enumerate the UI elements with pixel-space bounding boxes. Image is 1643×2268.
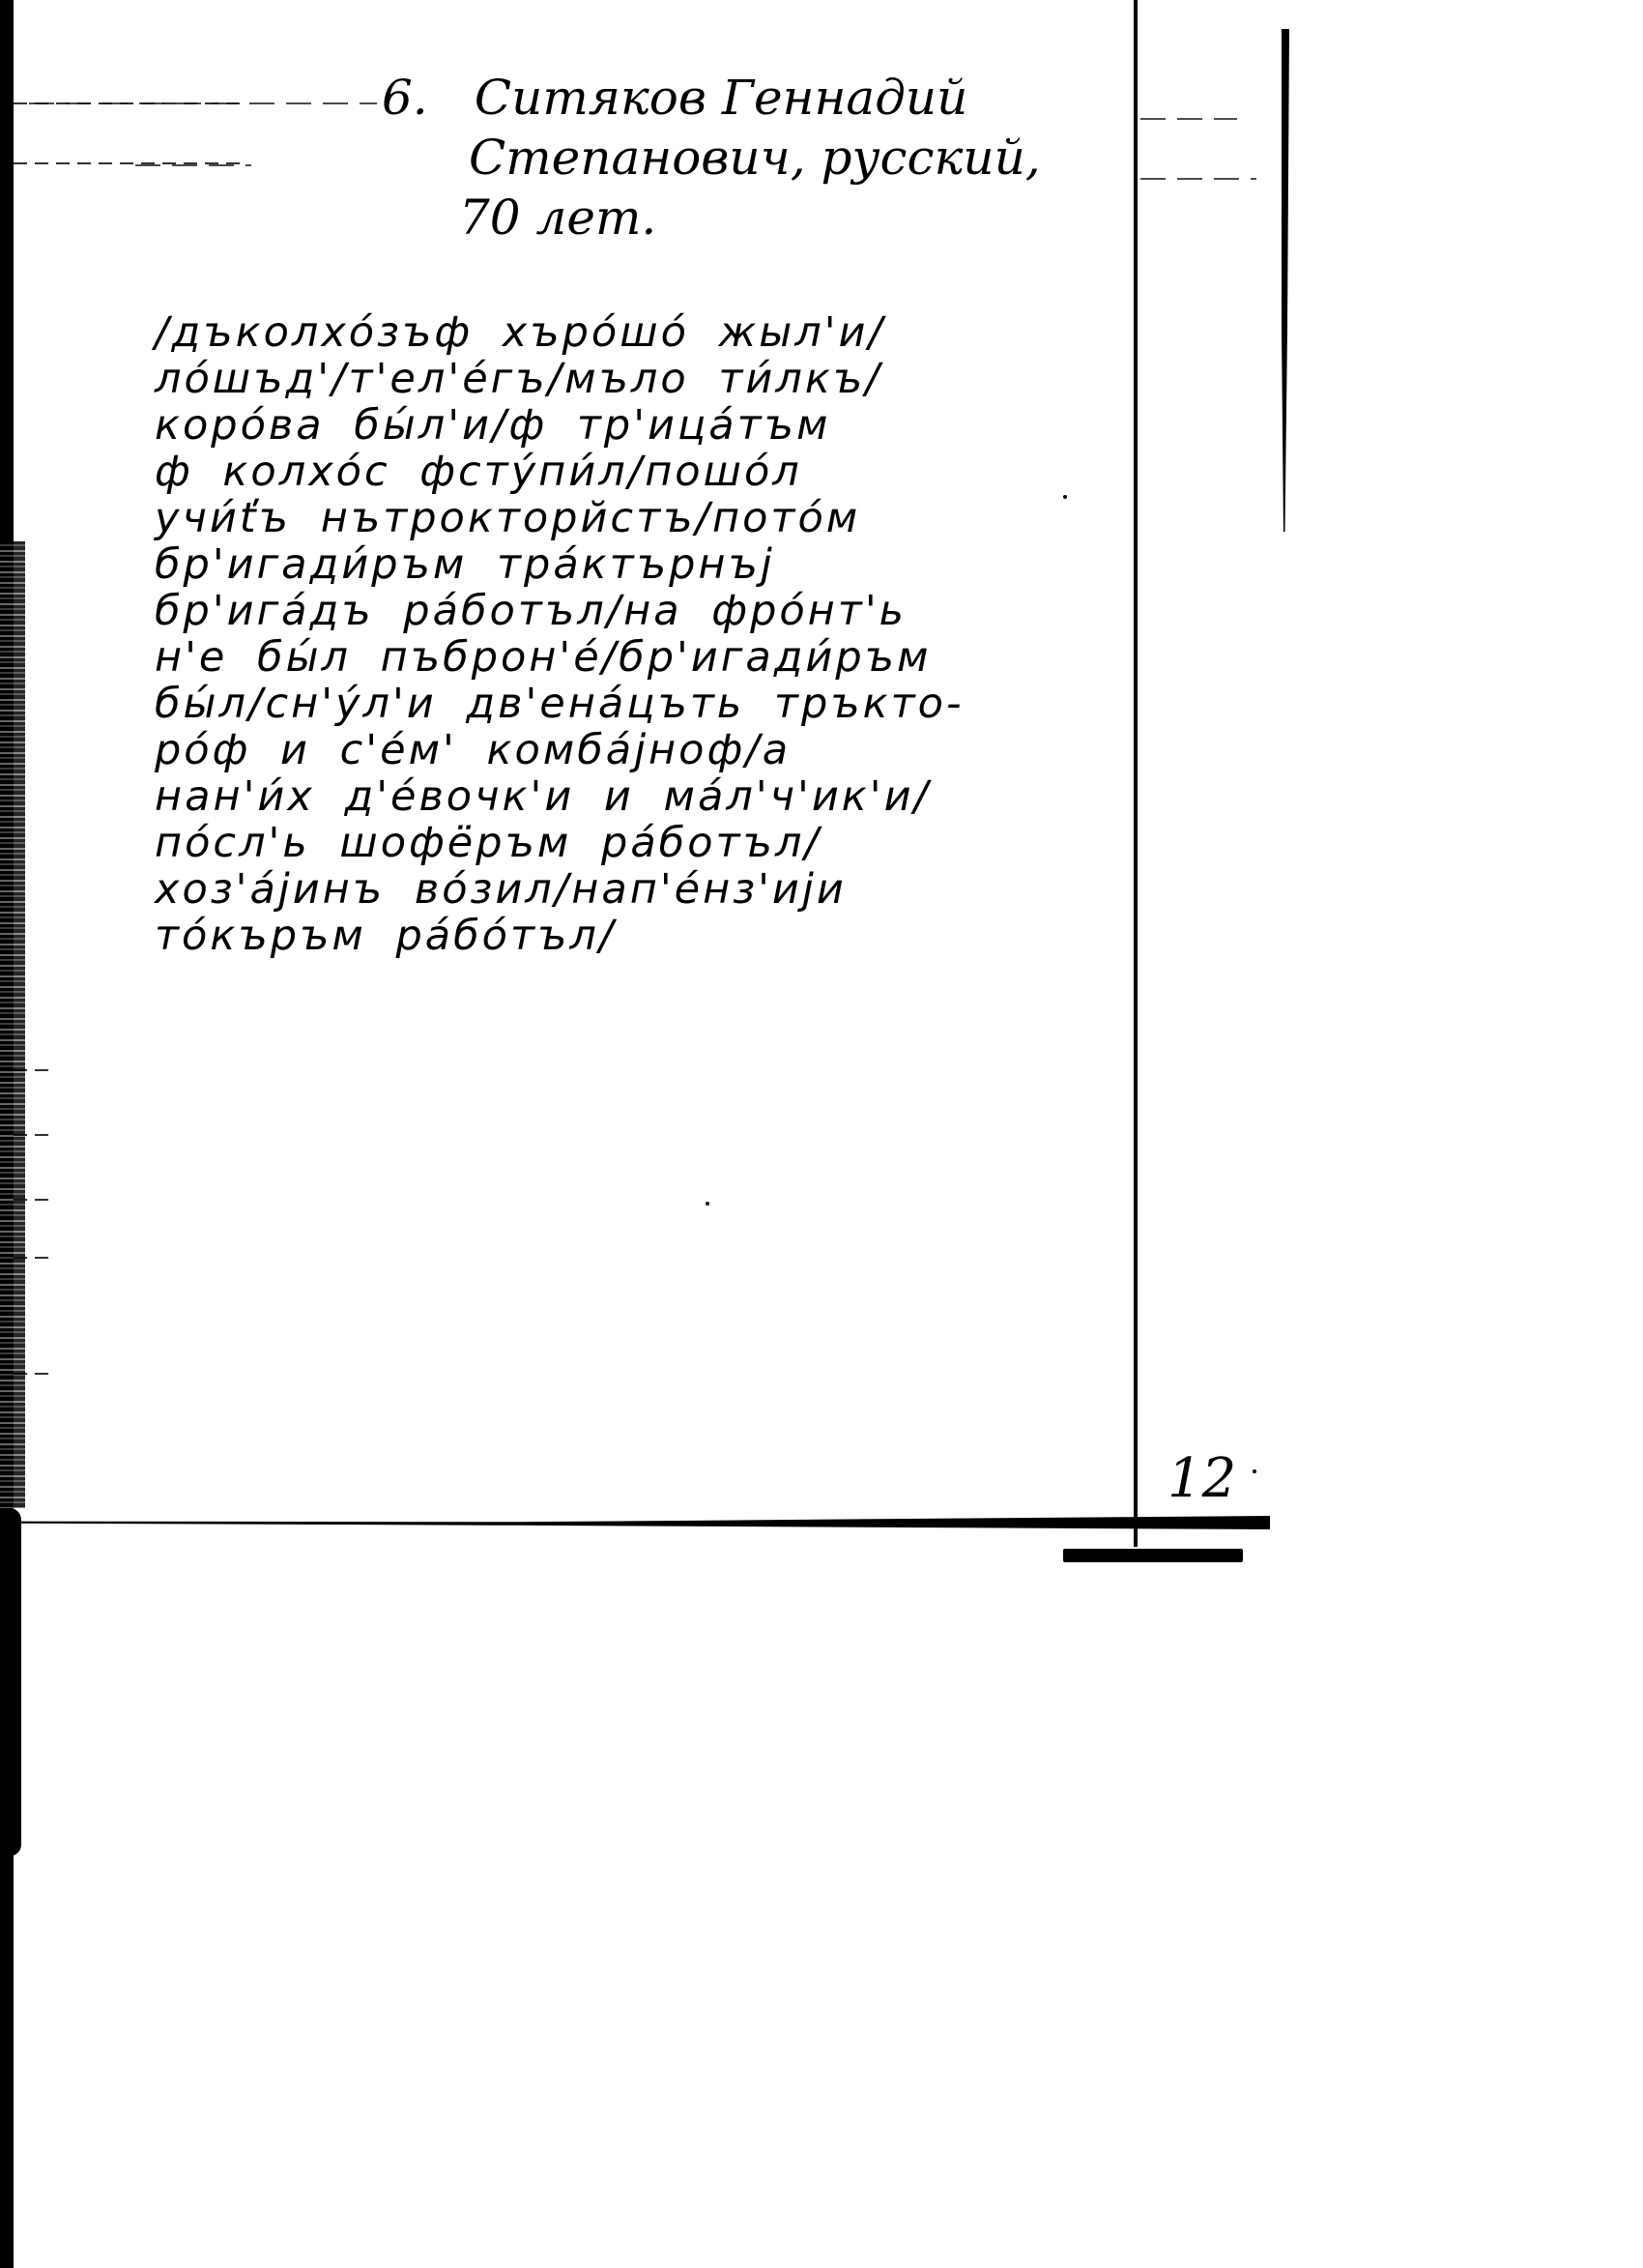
scan-left-edge-shadow [0,1508,21,1856]
transcription-line: ло́шъд'/т'ел'е́гъ/мъло ти́лкъ/ [155,356,1131,402]
transcription-line: то́къръм ра́бо́тъл/ [155,913,1131,959]
transcription-line: нан'и́х д'е́вочк'и и ма́л'ч'ик'и/ [155,773,1131,820]
bottom-rule-line [14,1516,1270,1529]
scan-left-edge-noise [0,541,25,1508]
page-right-edge [1280,29,1289,532]
ruled-line [14,1134,52,1136]
transcription-line: коро́ва бы́л'и/ф тр'ица́тъм [155,402,1131,449]
transcription-line: ф колхо́с фсту́пи́л/пошо́л [155,449,1131,495]
informant-patronymic: Степанович, русский, [382,128,1155,188]
transcription-line: по́сл'ь шофёръм ра́ботъл/ [155,820,1131,866]
scan-speck [1253,1469,1256,1473]
transcription-line: н'е бы́л пъброн'е́/бр'игади́ръм [155,634,1131,681]
entry-number: 6. [382,68,459,128]
ruled-line [14,1069,52,1071]
informant-age: 70 лет. [382,188,1155,247]
page-number: 12 [1167,1450,1236,1508]
header-ruled-line [1140,118,1237,120]
transcription-line: хоз'а́jинъ во́зил/нап'е́нз'иjи [155,866,1131,913]
header-ruled-line [1140,178,1256,180]
transcription-line: бр'ига́дъ ра́ботъл/на фро́нт'ь [155,588,1131,634]
ruled-line [14,1257,52,1259]
transcription-line: бы́л/сн'у́л'и дв'ена́цъть тръкто- [155,681,1131,727]
transcription-line: учи́ťъ нътрокторйстъ/пото́м [155,495,1131,541]
header-ruled-line [29,102,377,104]
informant-header: 6. Ситяков Геннадий Степанович, русский,… [382,68,1155,247]
scan-speck [706,1202,709,1206]
transcription-line: бр'игади́ръм тра́ктърнъj [155,541,1131,588]
scanned-page: 6. Ситяков Геннадий Степанович, русский,… [0,0,1643,2268]
bottom-rule-line-right [1063,1549,1243,1562]
ruled-line [14,1199,52,1201]
informant-name: Ситяков Геннадий [475,70,967,126]
header-ruled-line [135,164,251,166]
transcription-line: /дъколхо́зъф хъро́шо́ жыл'и/ [155,309,1131,356]
ruled-line [14,1373,52,1375]
transcription-line: ро́ф и с'е́м' комба́jноф/а [155,727,1131,773]
transcription-body: /дъколхо́зъф хъро́шо́ жыл'и/ ло́шъд'/т'е… [155,309,1131,959]
header-name-line: 6. Ситяков Геннадий [382,68,1155,128]
